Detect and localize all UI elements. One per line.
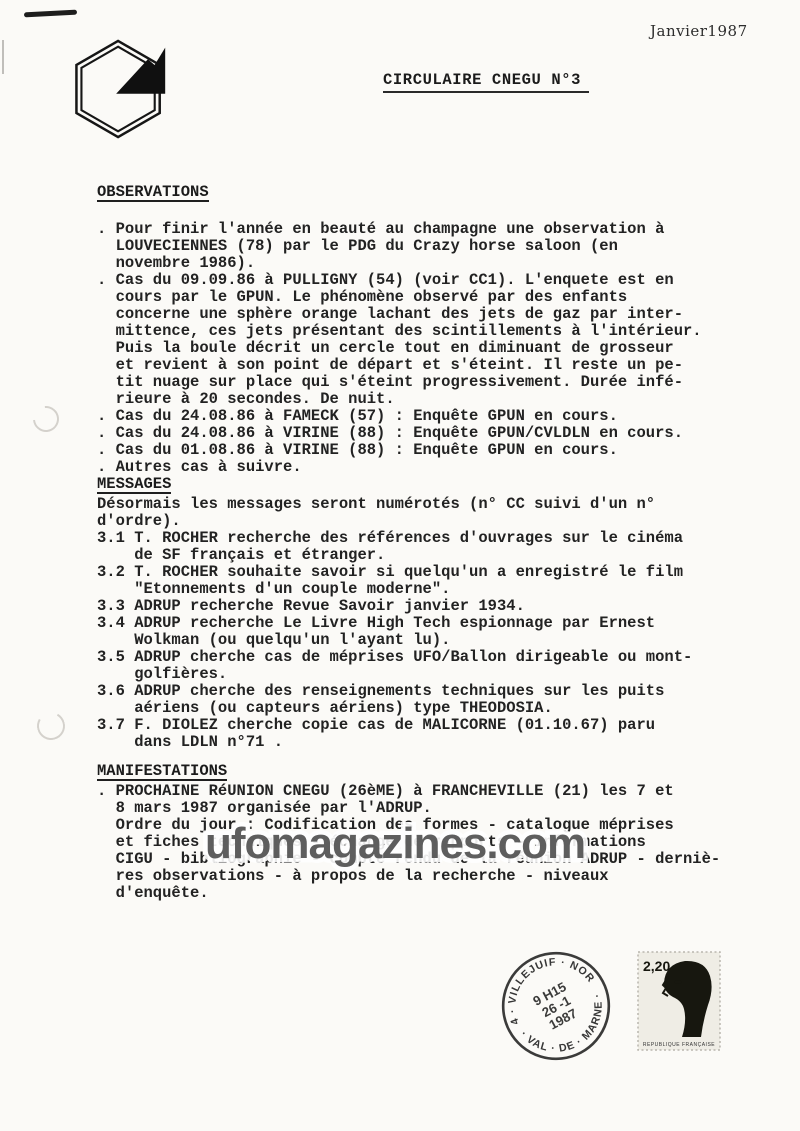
postage-stamp: 2,20 REPUBLIQUE FRANÇAISE [637,951,721,1051]
text-line: 3.6 ADRUP cherche des renseignements tec… [97,683,757,700]
text-line: . Autres cas à suivre. [97,459,757,476]
text-line: res observations - à propos de la recher… [97,868,757,885]
postmark-stamp: · 94 · VILLEJUIF · NORD · · VAL · DE · M… [469,919,642,1092]
section-observations: OBSERVATIONS . Pour finir l'année en bea… [97,183,757,476]
section-body: Désormais les messages seront numérotés … [97,496,757,751]
text-line: . Pour finir l'année en beauté au champa… [97,221,757,238]
text-line: Wolkman (ou quelqu'un l'ayant lu). [97,632,757,649]
date-label: Janvier1987 [650,22,748,40]
cnegu-hexagon-logo-icon [70,36,170,142]
text-line: 8 mars 1987 organisée par l'ADRUP. [97,800,757,817]
svg-text:· 94 · VILLEJUIF · NORD ·: · 94 · VILLEJUIF · NORD · [469,919,598,1036]
text-line: golfières. [97,666,757,683]
text-line: CIGU - bibliographie - compte rendu de l… [97,851,757,868]
text-line: dans LDLN n°71 . [97,734,757,751]
text-line: tit nuage sur place qui s'éteint progres… [97,374,757,391]
text-line: 3.7 F. DIOLEZ cherche copie cas de MALIC… [97,717,757,734]
postmark-arc-top: · 94 · VILLEJUIF · NORD · [469,919,598,1036]
punch-hole-mark [34,709,68,743]
text-line: Ordre du jour : Codification des formes … [97,817,757,834]
text-line: 3.4 ADRUP recherche Le Livre High Tech e… [97,615,757,632]
text-line: concerne une sphère orange lachant des j… [97,306,757,323]
text-line: . Cas du 24.08.86 à VIRINE (88) : Enquêt… [97,425,757,442]
text-line: . PROCHAINE RéUNION CNEGU (26èME) à FRAN… [97,783,757,800]
text-line: rieure à 20 secondes. De nuit. [97,391,757,408]
text-line: mittence, ces jets présentant des scinti… [97,323,757,340]
text-line: LOUVECIENNES (78) par le PDG du Crazy ho… [97,238,757,255]
scan-artifact-stroke [24,10,77,18]
text-line: 3.5 ADRUP cherche cas de méprises UFO/Ba… [97,649,757,666]
text-line: . Cas du 24.08.86 à FAMECK (57) : Enquêt… [97,408,757,425]
text-line: de SF français et étranger. [97,547,757,564]
text-line: Puis la boule décrit un cercle tout en d… [97,340,757,357]
text-line: "Etonnements d'un couple moderne". [97,581,757,598]
section-heading: OBSERVATIONS [97,185,209,202]
scanned-document-page: Janvier1987 CIRCULAIRE CNEGU N°3 OBSERVA… [0,0,800,1131]
stamp-denomination: 2,20 [643,958,670,974]
text-line: et fiches techniques - échange de rappor… [97,834,757,851]
text-line [97,204,757,221]
document-title: CIRCULAIRE CNEGU N°3 [383,71,589,93]
text-line: d'enquête. [97,885,757,902]
scan-artifact-edge-line [2,40,4,74]
section-manifestations: MANIFESTATIONS . PROCHAINE RéUNION CNEGU… [97,762,757,902]
section-heading: MANIFESTATIONS [97,764,227,781]
text-line: d'ordre). [97,513,757,530]
text-line: cours par le GPUN. Le phénomène observé … [97,289,757,306]
text-line: 3.1 T. ROCHER recherche des références d… [97,530,757,547]
text-line: novembre 1986). [97,255,757,272]
stamp-country: REPUBLIQUE FRANÇAISE [643,1042,715,1048]
text-line: aériens (ou capteurs aériens) type THEOD… [97,700,757,717]
text-line: 3.3 ADRUP recherche Revue Savoir janvier… [97,598,757,615]
section-body: . Pour finir l'année en beauté au champa… [97,204,757,476]
punch-hole-mark [28,401,65,438]
text-line: et revient à son point de départ et s'ét… [97,357,757,374]
section-heading: MESSAGES [97,477,171,494]
section-messages: MESSAGES Désormais les messages seront n… [97,475,757,751]
text-line: 3.2 T. ROCHER souhaite savoir si quelqu'… [97,564,757,581]
text-line: . Cas du 01.08.86 à VIRINE (88) : Enquêt… [97,442,757,459]
section-body: . PROCHAINE RéUNION CNEGU (26èME) à FRAN… [97,783,757,902]
text-line: Désormais les messages seront numérotés … [97,496,757,513]
text-line: . Cas du 09.09.86 à PULLIGNY (54) (voir … [97,272,757,289]
